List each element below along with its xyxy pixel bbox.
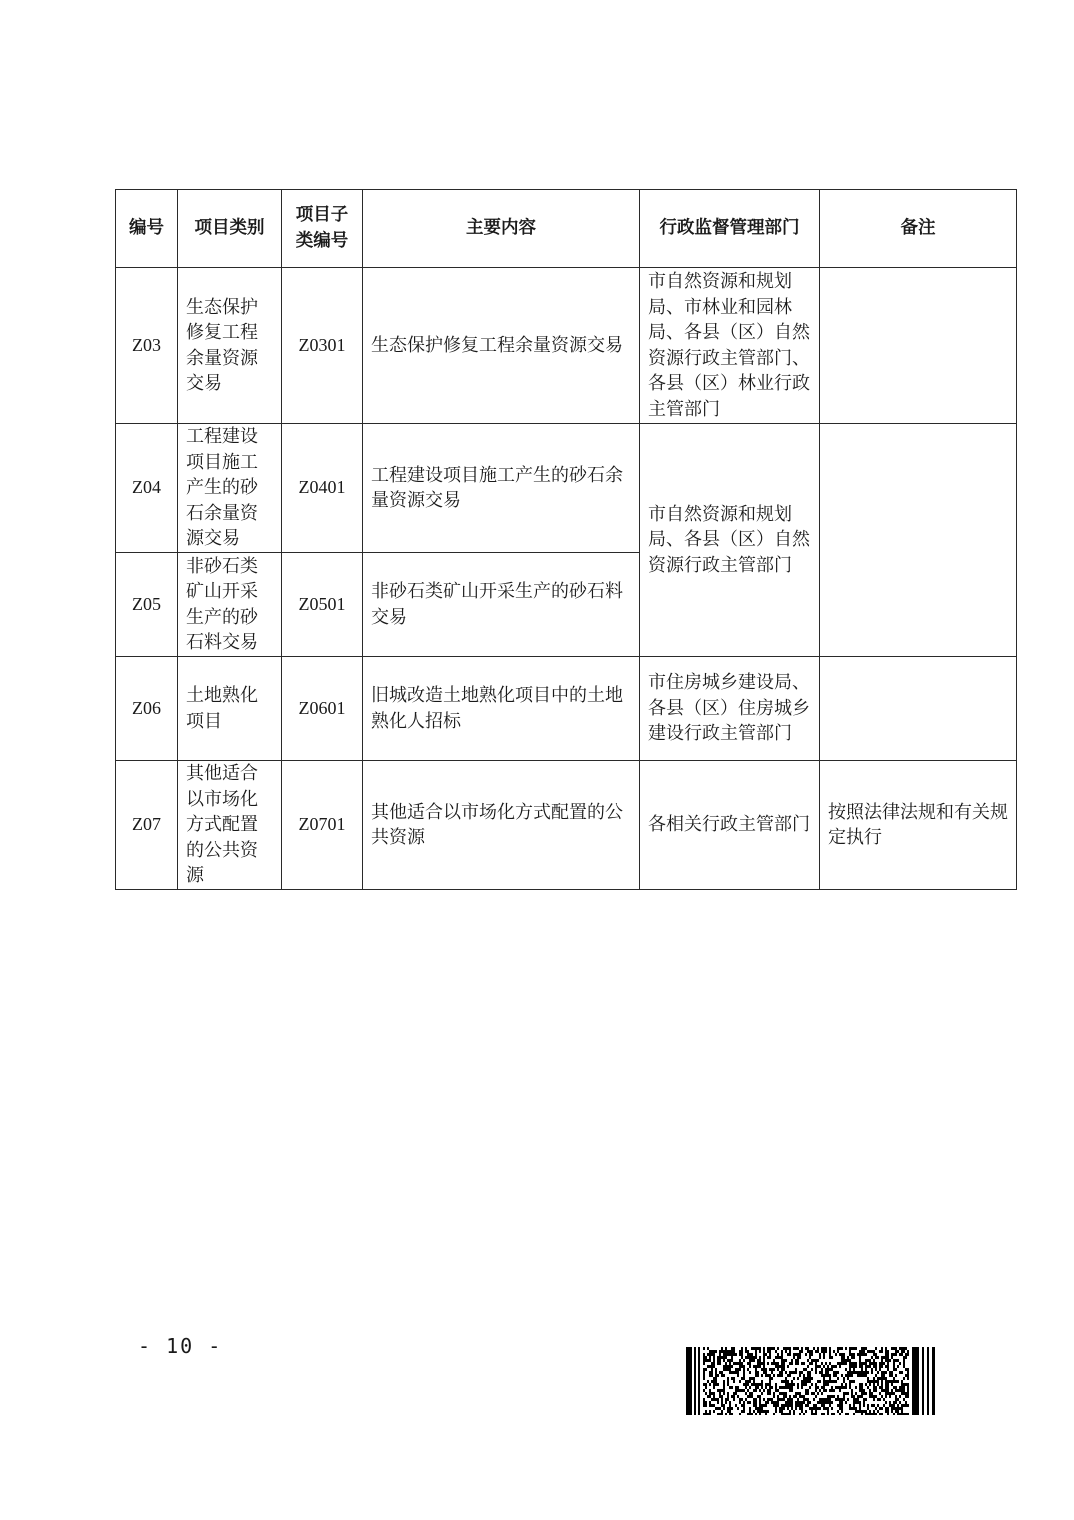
row-id: Z07 <box>116 761 178 890</box>
row-id: Z06 <box>116 657 178 761</box>
table-row: Z06 土地熟化项目 Z0601 旧城改造土地熟化项目中的土地熟化人招标 市住房… <box>116 657 1017 761</box>
row-sub-id: Z0601 <box>282 657 363 761</box>
table-header-row: 编号 项目类别 项目子类编号 主要内容 行政监督管理部门 备注 <box>116 190 1017 268</box>
pdf417-barcode-icon <box>686 1347 941 1415</box>
row-content: 生态保护修复工程余量资源交易 <box>363 268 640 424</box>
table-row: Z03 生态保护修复工程余量资源交易 Z0301 生态保护修复工程余量资源交易 … <box>116 268 1017 424</box>
row-category: 其他适合以市场化方式配置的公共资源 <box>178 761 282 890</box>
row-content: 旧城改造土地熟化项目中的土地熟化人招标 <box>363 657 640 761</box>
row-dept: 市自然资源和规划局、市林业和园林局、各县（区）自然资源行政主管部门、各县（区）林… <box>640 268 820 424</box>
header-id: 编号 <box>116 190 178 268</box>
row-content: 非砂石类矿山开采生产的砂石料交易 <box>363 553 640 657</box>
header-sub-id: 项目子类编号 <box>282 190 363 268</box>
row-sub-id: Z0301 <box>282 268 363 424</box>
row-content: 其他适合以市场化方式配置的公共资源 <box>363 761 640 890</box>
row-note <box>820 657 1017 761</box>
row-category: 土地熟化项目 <box>178 657 282 761</box>
page-number: - 10 - <box>138 1334 222 1358</box>
row-note: 按照法律法规和有关规定执行 <box>820 761 1017 890</box>
row-dept-merged: 市自然资源和规划局、各县（区）自然资源行政主管部门 <box>640 424 820 657</box>
row-sub-id: Z0401 <box>282 424 363 553</box>
row-dept: 市住房城乡建设局、各县（区）住房城乡建设行政主管部门 <box>640 657 820 761</box>
row-id: Z05 <box>116 553 178 657</box>
row-id: Z04 <box>116 424 178 553</box>
header-note: 备注 <box>820 190 1017 268</box>
row-note <box>820 268 1017 424</box>
header-content: 主要内容 <box>363 190 640 268</box>
table-row: Z04 工程建设项目施工产生的砂石余量资源交易 Z0401 工程建设项目施工产生… <box>116 424 1017 553</box>
header-dept: 行政监督管理部门 <box>640 190 820 268</box>
row-note-merged <box>820 424 1017 657</box>
row-category: 工程建设项目施工产生的砂石余量资源交易 <box>178 424 282 553</box>
row-category: 非砂石类矿山开采生产的砂石料交易 <box>178 553 282 657</box>
resource-table: 编号 项目类别 项目子类编号 主要内容 行政监督管理部门 备注 Z03 生态保护… <box>115 189 1017 890</box>
row-sub-id: Z0701 <box>282 761 363 890</box>
table-row: Z07 其他适合以市场化方式配置的公共资源 Z0701 其他适合以市场化方式配置… <box>116 761 1017 890</box>
row-category: 生态保护修复工程余量资源交易 <box>178 268 282 424</box>
row-dept: 各相关行政主管部门 <box>640 761 820 890</box>
row-sub-id: Z0501 <box>282 553 363 657</box>
row-content: 工程建设项目施工产生的砂石余量资源交易 <box>363 424 640 553</box>
row-id: Z03 <box>116 268 178 424</box>
header-category: 项目类别 <box>178 190 282 268</box>
